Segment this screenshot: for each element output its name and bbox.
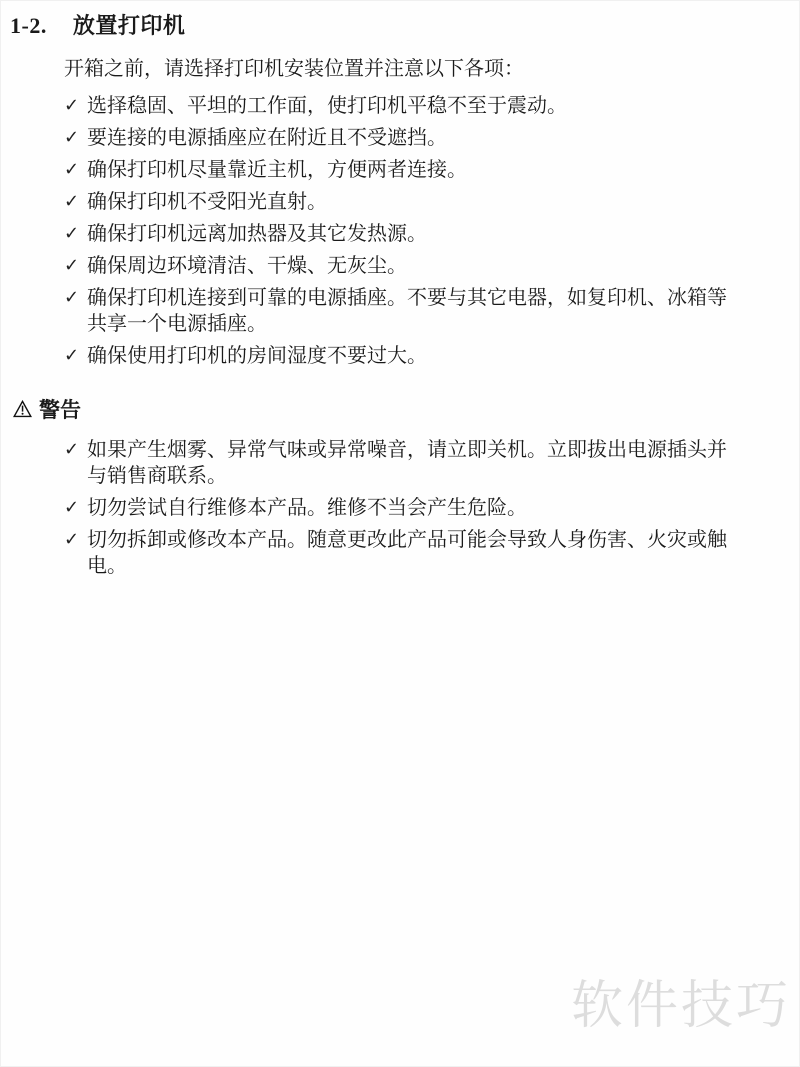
checklist-item: ✓ 确保打印机不受阳光直射。 (64, 189, 799, 215)
watermark-text: 软件技巧 (571, 963, 791, 1038)
warning-heading: 警告 (13, 394, 799, 424)
checklist-item: ✓ 确保打印机远离加热器及其它发热源。 (64, 221, 799, 247)
checklist-item-text: 确保打印机尽量靠近主机，方便两者连接。 (87, 157, 467, 183)
checklist-item: ✓ 确保使用打印机的房间湿度不要过大。 (64, 343, 799, 369)
section-number: 1-2. (10, 13, 47, 39)
checkmark-icon: ✓ (64, 125, 87, 150)
checkmark-icon: ✓ (64, 189, 87, 214)
manual-page: 1-2. 放置打印机 开箱之前，请选择打印机安装位置并注意以下各项： ✓ 选择稳… (0, 0, 800, 1067)
checkmark-icon: ✓ (64, 157, 87, 182)
checkmark-icon: ✓ (64, 527, 87, 552)
checklist-item-text: 确保周边环境清洁、干燥、无灰尘。 (87, 253, 407, 279)
checklist-item-text: 确保打印机远离加热器及其它发热源。 (87, 221, 427, 247)
checkmark-icon: ✓ (64, 437, 87, 462)
checkmark-icon: ✓ (64, 93, 87, 118)
checklist-item: ✓ 确保打印机连接到可靠的电源插座。不要与其它电器，如复印机、冰箱等共享一个电源… (64, 285, 799, 337)
checklist-item-text: 要连接的电源插座应在附近且不受遮挡。 (87, 125, 447, 151)
checklist-item: ✓ 确保周边环境清洁、干燥、无灰尘。 (64, 253, 799, 279)
section-heading: 1-2. 放置打印机 (1, 1, 799, 40)
warning-item: ✓ 如果产生烟雾、异常气味或异常噪音，请立即关机。立即拔出电源插头并与销售商联系… (64, 437, 799, 489)
checklist-item: ✓ 要连接的电源插座应在附近且不受遮挡。 (64, 125, 799, 151)
warning-item-text: 如果产生烟雾、异常气味或异常噪音，请立即关机。立即拔出电源插头并与销售商联系。 (87, 437, 745, 489)
placement-checklist: ✓ 选择稳固、平坦的工作面，使打印机平稳不至于震动。 ✓ 要连接的电源插座应在附… (64, 93, 799, 369)
warning-item: ✓ 切勿尝试自行维修本产品。维修不当会产生危险。 (64, 495, 799, 521)
checkmark-icon: ✓ (64, 221, 87, 246)
checklist-item: ✓ 确保打印机尽量靠近主机，方便两者连接。 (64, 157, 799, 183)
checklist-item-text: 确保使用打印机的房间湿度不要过大。 (87, 343, 427, 369)
checkmark-icon: ✓ (64, 285, 87, 310)
checklist-item: ✓ 选择稳固、平坦的工作面，使打印机平稳不至于震动。 (64, 93, 799, 119)
warning-item-text: 切勿尝试自行维修本产品。维修不当会产生危险。 (87, 495, 527, 521)
warning-title: 警告 (39, 394, 81, 424)
checkmark-icon: ✓ (64, 253, 87, 278)
checklist-item-text: 确保打印机不受阳光直射。 (87, 189, 327, 215)
checklist-item-text: 选择稳固、平坦的工作面，使打印机平稳不至于震动。 (87, 93, 567, 119)
warning-list: ✓ 如果产生烟雾、异常气味或异常噪音，请立即关机。立即拔出电源插头并与销售商联系… (64, 437, 799, 579)
warning-triangle-icon (13, 400, 32, 418)
warning-item-text: 切勿拆卸或修改本产品。随意更改此产品可能会导致人身伤害、火灾或触电。 (87, 527, 745, 579)
intro-paragraph: 开箱之前，请选择打印机安装位置并注意以下各项： (64, 57, 744, 82)
page-title: 放置打印机 (73, 9, 186, 40)
checklist-item-text: 确保打印机连接到可靠的电源插座。不要与其它电器，如复印机、冰箱等共享一个电源插座… (87, 285, 745, 337)
checkmark-icon: ✓ (64, 343, 87, 368)
checkmark-icon: ✓ (64, 495, 87, 520)
warning-item: ✓ 切勿拆卸或修改本产品。随意更改此产品可能会导致人身伤害、火灾或触电。 (64, 527, 799, 579)
